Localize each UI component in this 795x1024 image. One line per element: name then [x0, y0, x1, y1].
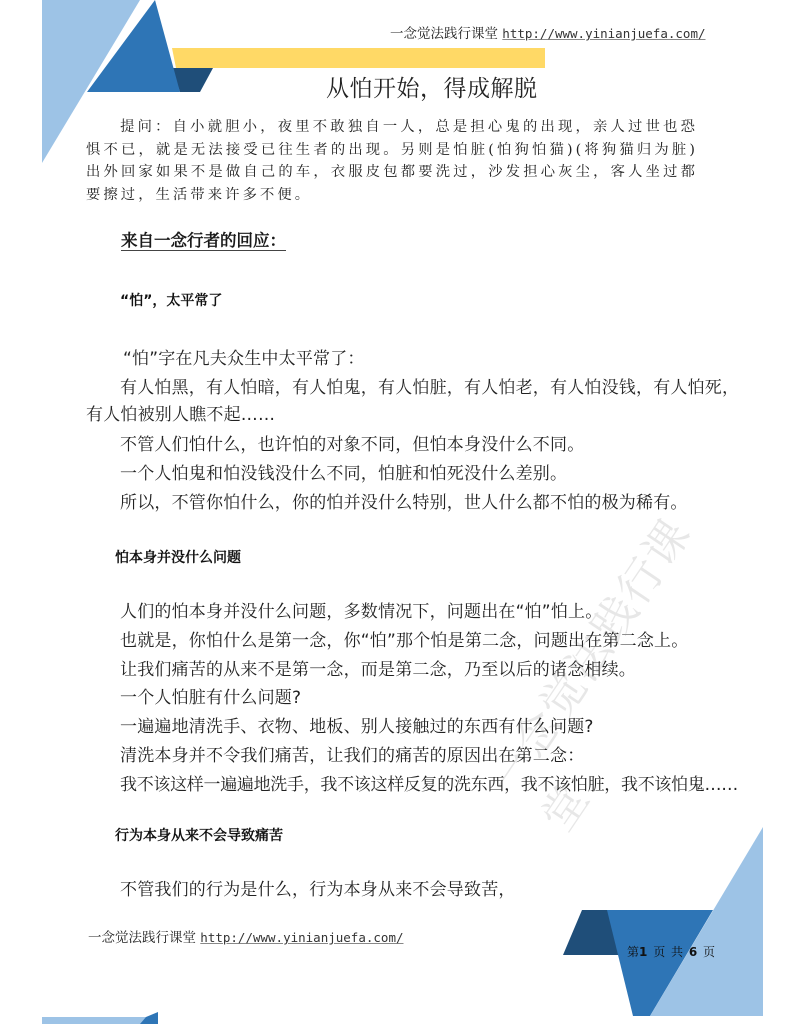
page-number: 第1 页 共 6 页	[627, 943, 715, 960]
body-line: “怕”字在凡夫众生中太平常了：	[123, 344, 365, 369]
question-paragraph: 提问：自小就胆小，夜里不敢独自一人，总是担心鬼的出现，亲人过世也恐惧不已，就是无…	[86, 116, 698, 206]
header-site-link[interactable]: http://www.yinianjuefa.com/	[502, 26, 705, 41]
page-total: 6	[689, 945, 697, 959]
body-line: 我不该这样一遍遍地洗手，我不该这样反复的洗东西，我不该怕脏，我不该怕鬼……	[120, 770, 738, 795]
body-line: 有人怕被别人瞧不起……	[86, 400, 275, 425]
question-text: 提问：自小就胆小，夜里不敢独自一人，总是担心鬼的出现，亲人过世也恐惧不已，就是无…	[86, 119, 698, 203]
section-heading-1: “怕”，太平常了	[120, 290, 222, 310]
section-heading-2: 怕本身并没什么问题	[115, 547, 241, 567]
response-heading: 来自一念行者的回应：	[121, 227, 298, 251]
page-prefix: 第	[627, 945, 639, 959]
header-site-name: 一念觉法践行课堂	[390, 26, 498, 42]
header-site-label: 一念觉法践行课堂 http://www.yinianjuefa.com/	[390, 22, 706, 42]
page-suffix: 页	[703, 945, 715, 959]
body-line: 人们的怕本身并没什么问题，多数情况下，问题出在“怕”怕上。	[120, 597, 602, 622]
section-heading-3: 行为本身从来不会导致痛苦	[115, 825, 283, 845]
document-title: 从怕开始，得成解脱	[326, 70, 538, 103]
page-current: 1	[639, 945, 647, 959]
top-left-yellow-bar	[172, 48, 545, 68]
body-line: 有人怕黑，有人怕暗，有人怕鬼，有人怕脏，有人怕老，有人怕没钱，有人怕死，	[120, 373, 739, 398]
bottom-left-light-strip	[42, 1017, 150, 1024]
body-line: 所以，不管你怕什么，你的怕并没什么特别，世人什么都不怕的极为稀有。	[120, 488, 688, 513]
footer-site-label: 一念觉法践行课堂 http://www.yinianjuefa.com/	[88, 926, 404, 946]
page-mid: 页 共	[653, 945, 683, 959]
body-line: 不管我们的行为是什么，行为本身从来不会导致苦，	[120, 875, 516, 900]
body-line: 一个人怕鬼和怕没钱没什么不同，怕脏和怕死没什么差别。	[120, 459, 567, 484]
footer-site-link[interactable]: http://www.yinianjuefa.com/	[200, 930, 403, 945]
body-line: 不管人们怕什么，也许怕的对象不同，但怕本身没什么不同。	[120, 430, 584, 455]
body-line: 一个人怕脏有什么问题?	[120, 683, 301, 708]
footer-site-name: 一念觉法践行课堂	[88, 930, 196, 946]
